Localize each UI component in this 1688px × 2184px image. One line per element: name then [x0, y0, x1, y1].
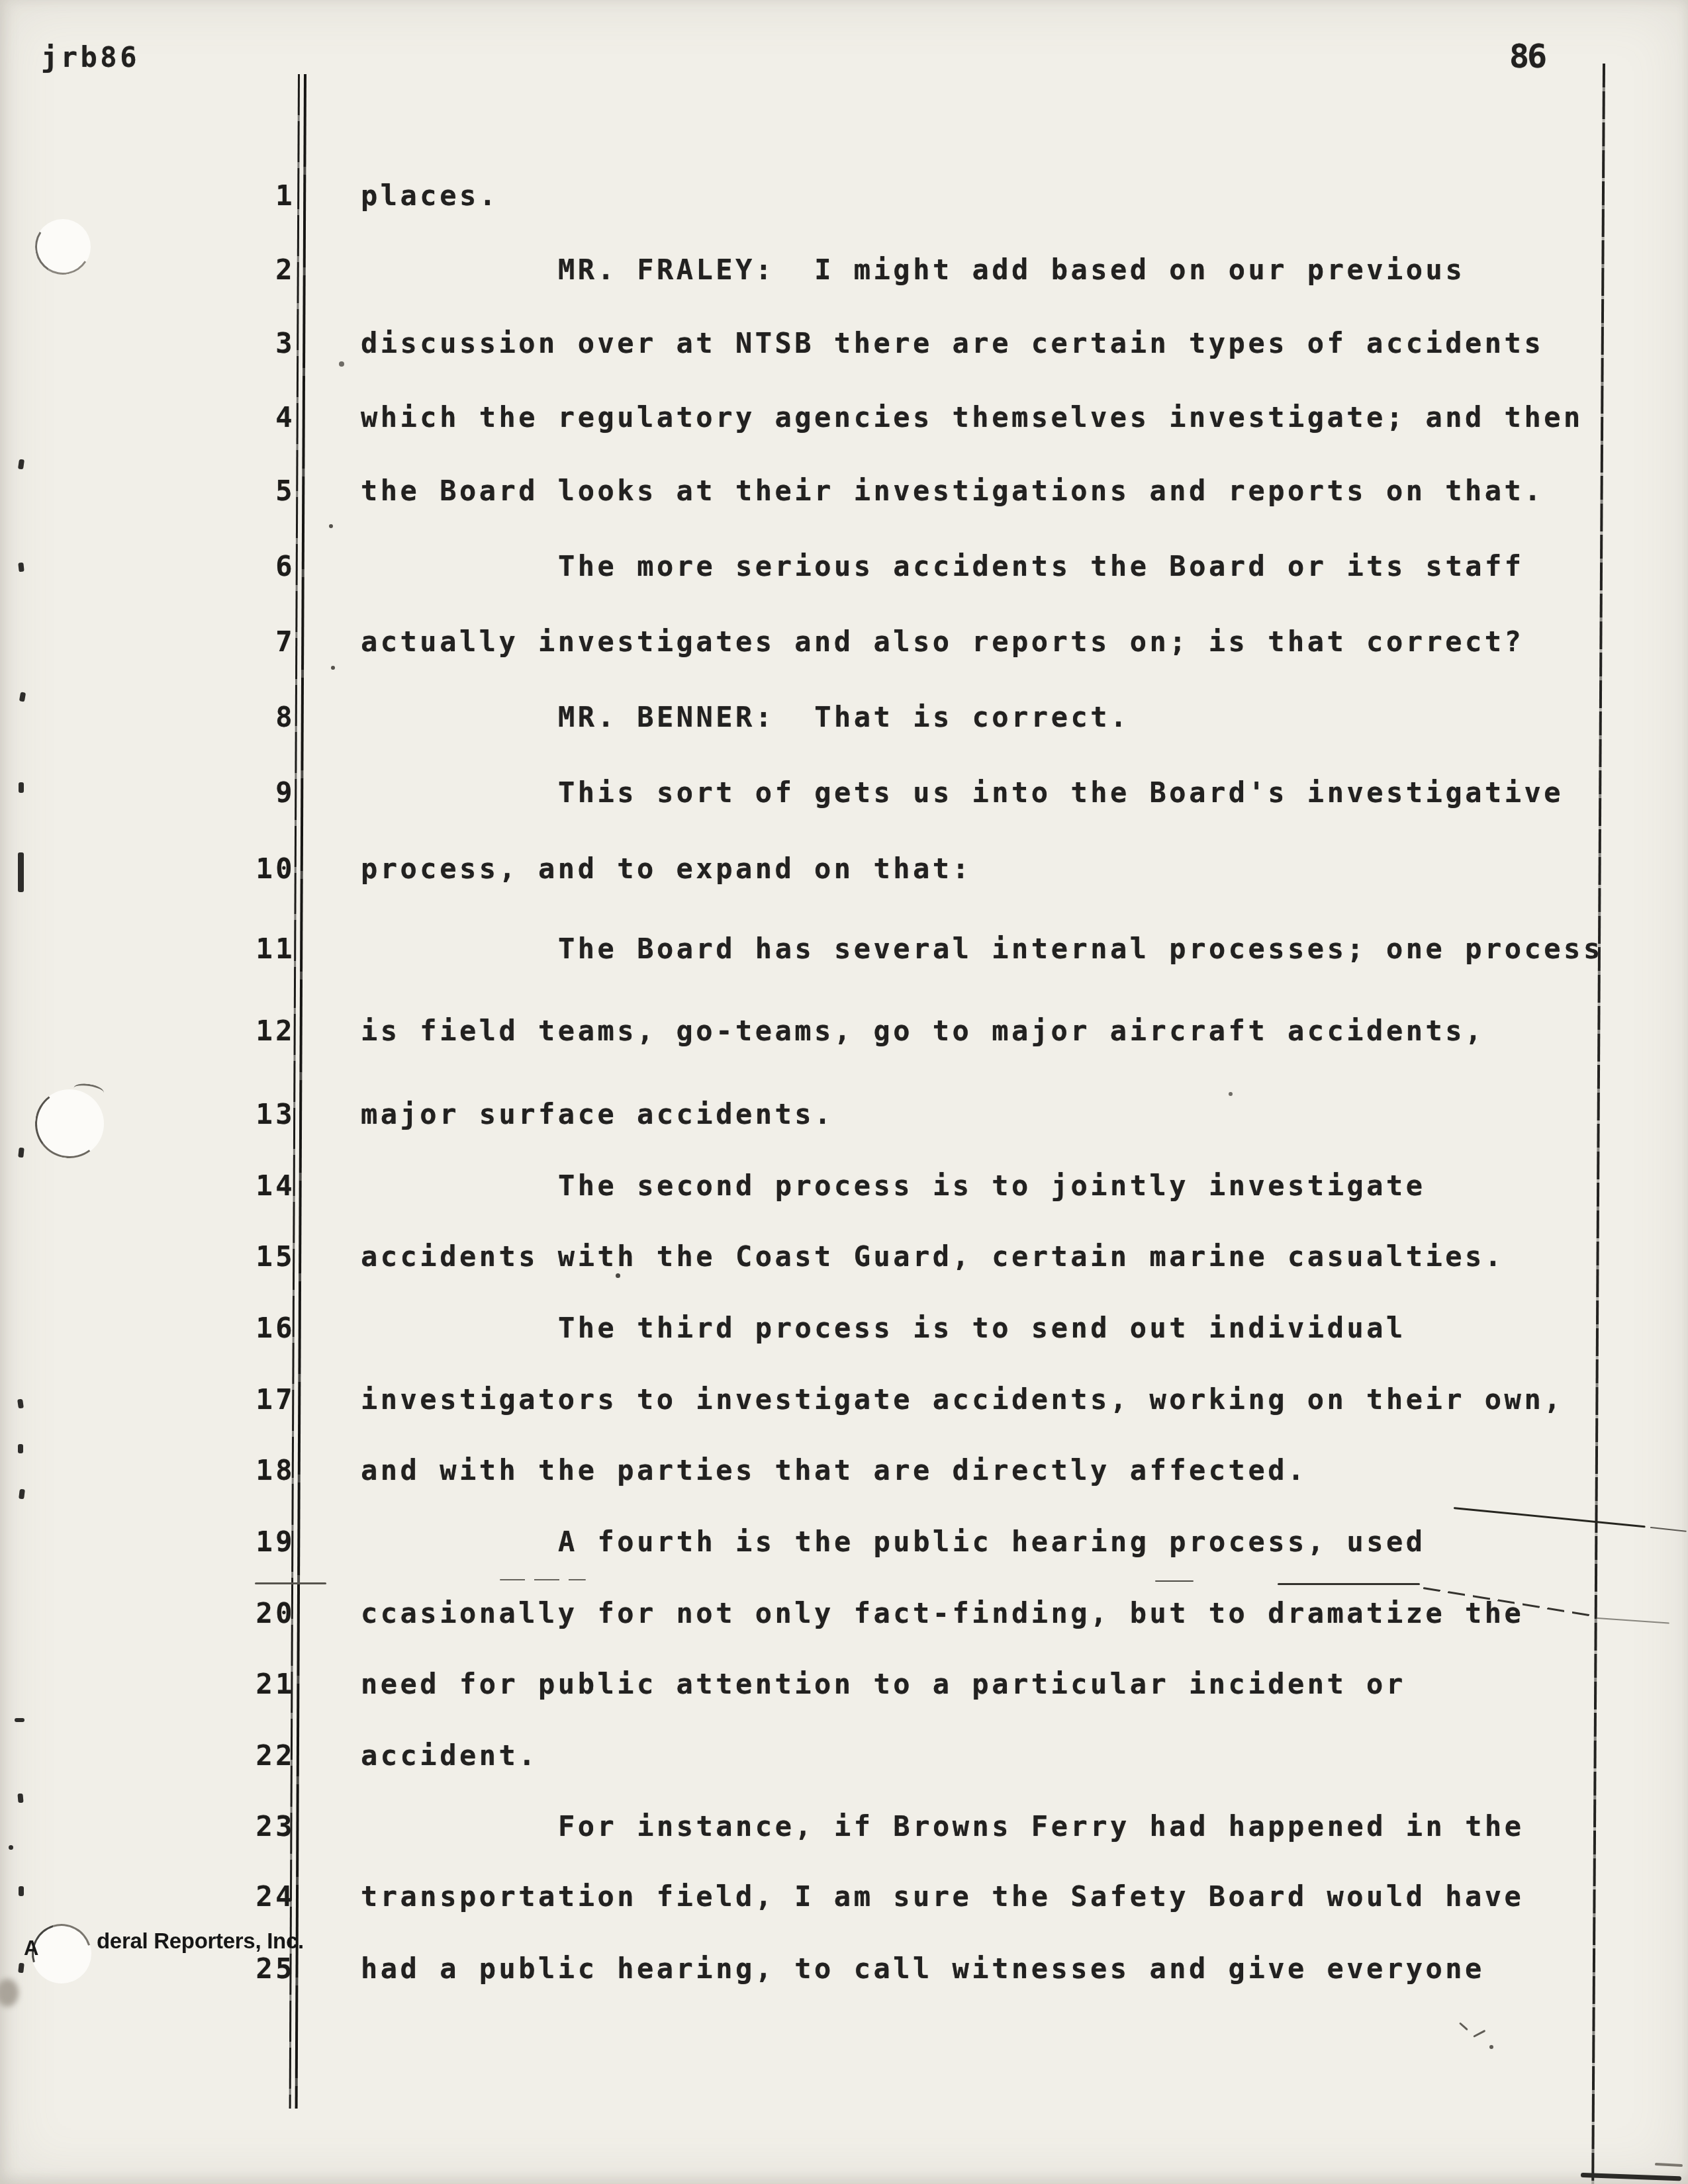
line-number: 2	[275, 256, 295, 284]
line-number: 24	[256, 1883, 295, 1911]
line-number: 23	[256, 1813, 295, 1841]
line-number: 10	[256, 855, 295, 883]
transcript-line: the Board looks at their investigations …	[361, 477, 1544, 505]
line-number: 3	[275, 330, 295, 357]
line-number: 13	[256, 1101, 295, 1128]
transcript-line: MR. BENNER: That is correct.	[361, 704, 1130, 731]
ink-speck	[18, 1444, 23, 1453]
line-number: 15	[256, 1243, 295, 1271]
line-number: 4	[275, 404, 295, 432]
ink-speck	[19, 1886, 24, 1896]
ink-speck	[331, 666, 335, 670]
transcript-line: The second process is to jointly investi…	[361, 1172, 1426, 1200]
line-number: 19	[256, 1528, 295, 1556]
line-number: 16	[256, 1314, 295, 1342]
line-number: 8	[275, 704, 295, 731]
line-number: 22	[256, 1742, 295, 1770]
ink-speck	[1229, 1092, 1233, 1096]
transcript-line: and with the parties that are directly a…	[361, 1457, 1307, 1484]
line-number: 17	[256, 1386, 295, 1414]
ink-speck	[18, 563, 24, 572]
pencil-mark	[1155, 1580, 1194, 1582]
transcript-line: The third process is to send out individ…	[361, 1314, 1406, 1342]
footer-firm-name: deral Reporters, Inc.	[97, 1929, 304, 1954]
ink-speck	[17, 1794, 23, 1803]
line-number: 7	[275, 628, 295, 656]
ink-speck	[329, 524, 333, 528]
transcript-line: investigators to investigate accidents, …	[361, 1386, 1564, 1414]
transcript-line: need for public attention to a particula…	[361, 1670, 1406, 1698]
punch-hole	[35, 1089, 104, 1158]
transcript-line: accidents with the Coast Guard, certain …	[361, 1243, 1505, 1271]
line-number: 25	[256, 1955, 295, 1983]
transcript-line: major surface accidents.	[361, 1101, 834, 1128]
line-number: 1	[275, 182, 295, 210]
punch-hole	[32, 1924, 91, 1983]
transcript-line: For instance, if Browns Ferry had happen…	[361, 1813, 1524, 1841]
transcript-line: This sort of gets us into the Board's in…	[361, 779, 1564, 807]
transcript-line: discussion over at NTSB there are certai…	[361, 330, 1544, 357]
ink-speck	[15, 1718, 24, 1722]
ink-speck	[9, 1845, 13, 1850]
scanned-transcript-page: jrb86 86 1234567891011121314151617181920…	[0, 0, 1688, 2184]
line-number: 21	[256, 1670, 295, 1698]
ink-speck	[18, 1963, 24, 1974]
transcript-line: ccasionally for not only fact-finding, b…	[361, 1600, 1524, 1627]
transcript-line: accident.	[361, 1742, 538, 1770]
footer-partial-letter: A	[24, 1936, 38, 1960]
line-number-column: 1234567891011121314151617181920212223242…	[0, 0, 295, 2184]
pencil-mark	[1650, 1527, 1687, 1532]
transcript-line: The Board has several internal processes…	[361, 935, 1603, 963]
ink-speck	[339, 361, 344, 367]
ink-speck	[616, 1273, 620, 1278]
line-number: 12	[256, 1017, 295, 1045]
transcript-line: A fourth is the public hearing process, …	[361, 1528, 1426, 1556]
transcript-line: The more serious accidents the Board or …	[361, 553, 1524, 580]
pencil-mark	[500, 1579, 586, 1580]
line-number: 20	[256, 1600, 295, 1627]
line-number: 14	[256, 1172, 295, 1200]
transcript-line: MR. FRALEY: I might add based on our pre…	[361, 256, 1465, 284]
transcript-line: which the regulatory agencies themselves…	[361, 404, 1583, 432]
line-number: 6	[275, 553, 295, 580]
transcript-line: is field teams, go-teams, go to major ai…	[361, 1017, 1485, 1045]
line-number: 11	[256, 935, 295, 963]
line-number: 5	[275, 477, 295, 505]
ink-speck	[18, 852, 24, 892]
ink-speck	[19, 782, 24, 793]
line-number: 18	[256, 1457, 295, 1484]
scan-edge-mark	[1655, 2163, 1683, 2167]
transcript-line: places.	[361, 182, 499, 210]
punch-hole	[35, 219, 91, 275]
transcript-line: transportation field, I am sure the Safe…	[361, 1883, 1524, 1911]
transcript-line: had a public hearing, to call witnesses …	[361, 1955, 1485, 1983]
transcript-text-column: places.MR. FRALEY: I might add based on …	[361, 0, 1618, 2184]
pen-mark	[1489, 2045, 1493, 2049]
pencil-mark	[255, 1582, 326, 1584]
pencil-mark	[1278, 1583, 1420, 1585]
ink-speck	[18, 1148, 24, 1158]
line-number: 9	[275, 779, 295, 807]
transcript-line: process, and to expand on that:	[361, 855, 972, 883]
transcript-line: actually investigates and also reports o…	[361, 628, 1524, 656]
